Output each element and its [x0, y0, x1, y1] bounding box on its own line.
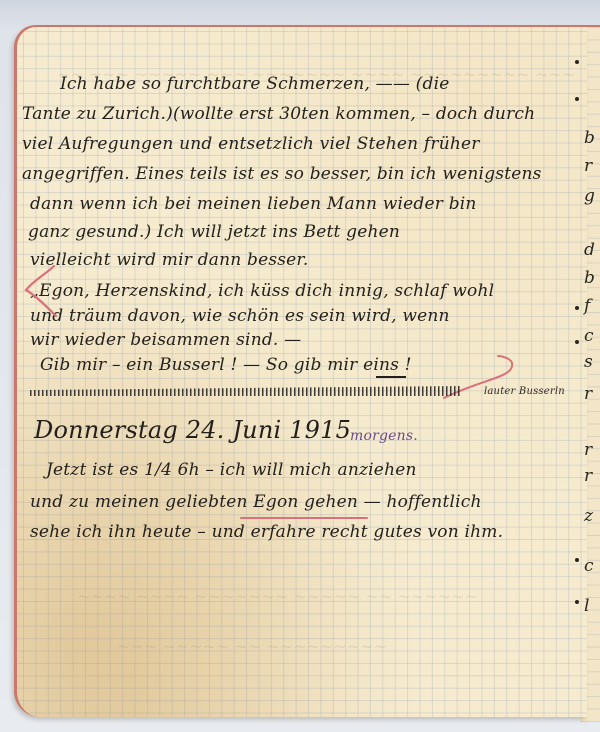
- bleed-through-text: ~~~ ~~~~~ ~~ ~~~~~~~~~: [117, 637, 387, 656]
- geliebten-egon-red-underline: [240, 517, 368, 519]
- facing-page-fragment: l: [584, 596, 589, 616]
- facing-page-fragment: r: [584, 466, 592, 486]
- bleed-through-text: ~~~~ ~~~~ ~~~~~~~ ~~~~~ ~~ ~~~~~~: [77, 587, 478, 606]
- gib-underline: [376, 376, 406, 378]
- facing-page-fragment: b: [584, 128, 595, 148]
- entry1-line-4: angegriffen. Eines teils ist es so besse…: [22, 164, 542, 184]
- facing-page-fragment: c: [584, 326, 594, 346]
- facing-page-fragment: f: [584, 296, 590, 316]
- facing-page-fragment: r: [584, 156, 592, 176]
- gutter-dot: [575, 97, 579, 101]
- red-pencil-bracket-mark: [16, 262, 60, 322]
- entry2-line-3: sehe ich ihn heute – und erfahre recht g…: [30, 522, 503, 542]
- gutter-dot: [575, 600, 579, 604]
- entry2-time-note: morgens.: [350, 428, 418, 444]
- entry2-line-2: und zu meinen geliebten Egon gehen — hof…: [30, 492, 482, 512]
- entry1-line-9: und träum davon, wie schön es sein wird,…: [30, 306, 450, 326]
- gutter-dot: [575, 340, 579, 344]
- entry1-line-6: ganz gesund.) Ich will jetzt ins Bett ge…: [28, 222, 400, 242]
- entry1-line-10: wir wieder beisammen sind. —: [30, 330, 301, 350]
- entry1-line-11: Gib mir – ein Busserl ! — So gib mir ein…: [40, 355, 412, 375]
- entry1-line-2: Tante zu Zurich.)(wollte erst 30ten komm…: [22, 104, 535, 124]
- divider-note: lauter Busserln: [484, 386, 565, 397]
- gutter-dot: [575, 60, 579, 64]
- gutter-dot: [575, 306, 579, 310]
- facing-page-fragment: g: [584, 186, 595, 206]
- entry2-date-heading: Donnerstag 24. Juni 1915: [34, 416, 351, 444]
- entry1-line-8: „Egon, Herzenskind, ich küss dich innig,…: [30, 281, 494, 301]
- gutter-dot: [575, 558, 579, 562]
- entry1-line-7: vielleicht wird mir dann besser.: [30, 250, 309, 270]
- facing-page-fragment: d: [584, 240, 595, 260]
- facing-page-fragment: c: [584, 556, 594, 576]
- facing-page-fragment: s: [584, 352, 593, 372]
- facing-page-fragment: r: [584, 440, 592, 460]
- facing-page-fragment: b: [584, 268, 595, 288]
- entry1-line-5: dann wenn ich bei meinen lieben Mann wie…: [30, 194, 477, 214]
- entry1-line-3: viel Aufregungen und entsetzlich viel St…: [22, 134, 480, 154]
- facing-page-fragment: z: [584, 506, 593, 526]
- entry2-line-1: Jetzt ist es 1/4 6h – ich will mich anzi…: [46, 460, 417, 480]
- entry1-line-1: Ich habe so furchtbare Schmerzen, —— (di…: [60, 74, 449, 94]
- facing-page-fragment: r: [584, 384, 592, 404]
